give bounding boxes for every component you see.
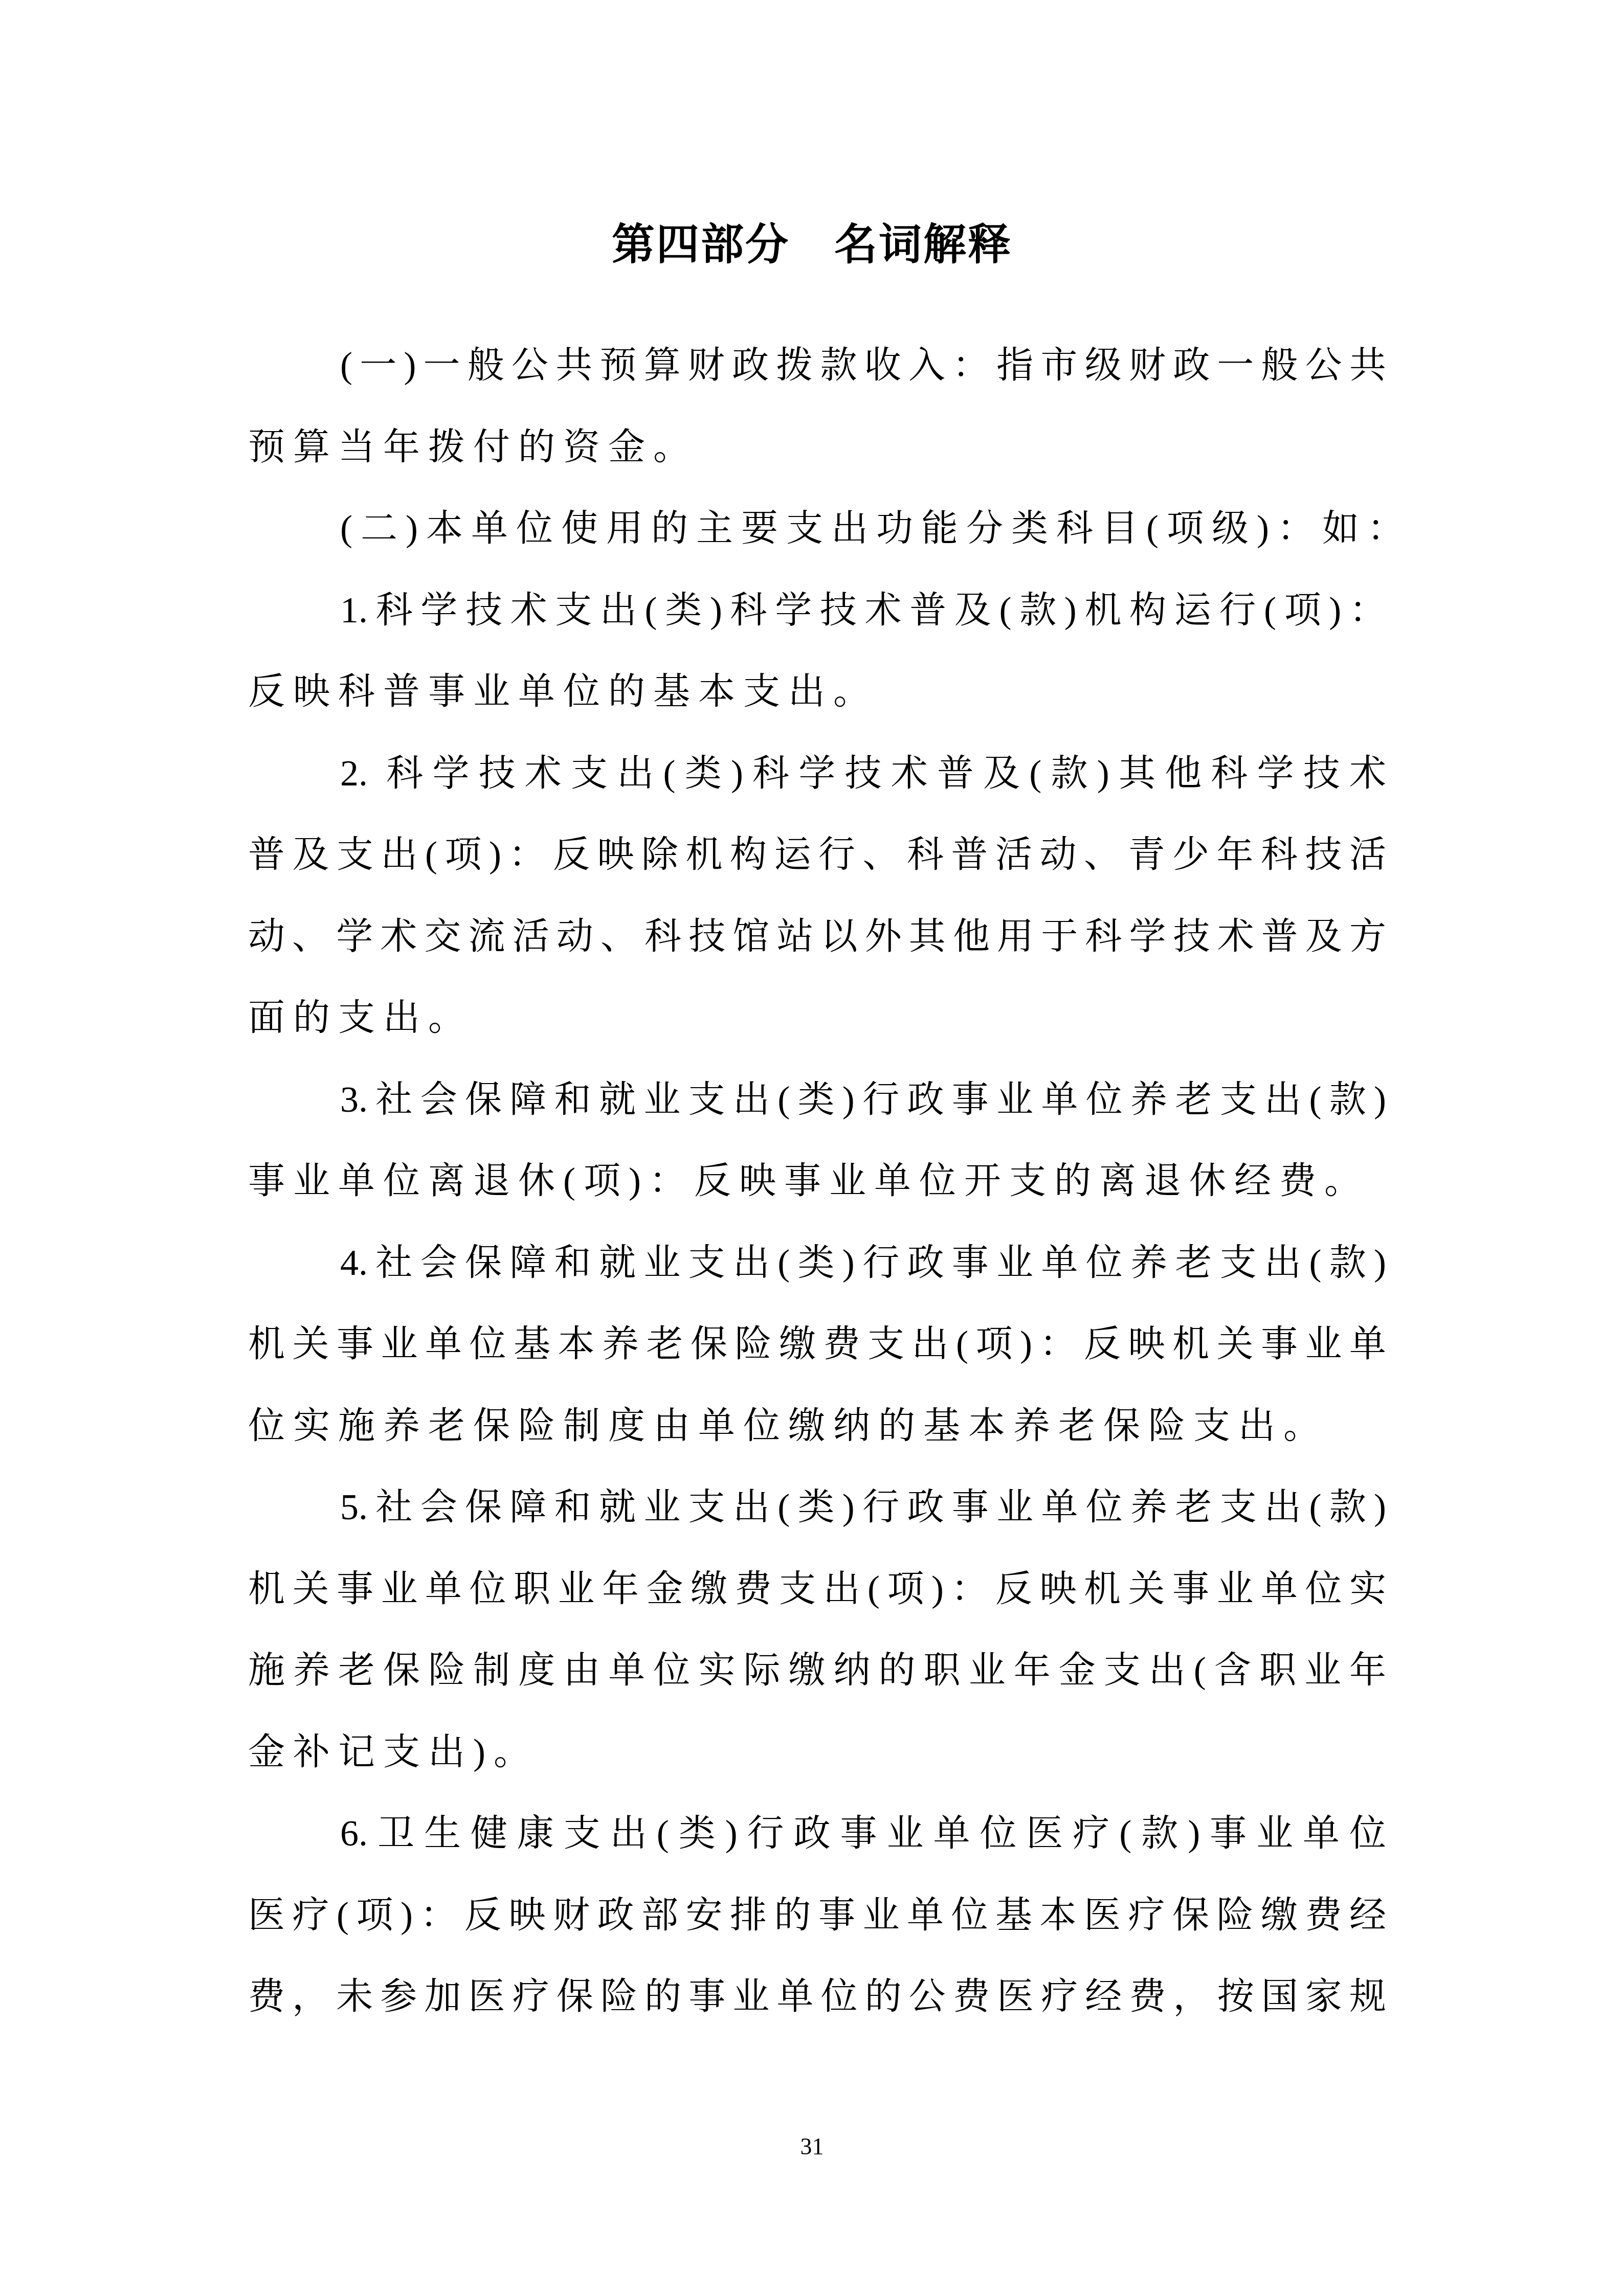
body-line: 机关事业单位职业年金缴费支出(项)：反映机关事业单位实	[248, 1548, 1386, 1630]
body-line: 金补记支出)。	[248, 1712, 1386, 1793]
body-line: 面的支出。	[248, 977, 1386, 1059]
body-line: 费，未参加医疗保险的事业单位的公费医疗经费，按国家规	[248, 1956, 1386, 2038]
body-line: 医疗(项)：反映财政部安排的事业单位基本医疗保险缴费经	[248, 1875, 1386, 1956]
section-title: 第四部分 名词解释	[0, 204, 1624, 285]
body-line: 3.社会保障和就业支出(类)行政事业单位养老支出(款)	[248, 1059, 1386, 1141]
body-line: 反映科普事业单位的基本支出。	[248, 651, 1386, 733]
body-line: 1.科学技术支出(类)科学技术普及(款)机构运行(项)：	[248, 570, 1386, 651]
body-line: 2. 科学技术支出(类)科学技术普及(款)其他科学技术	[248, 733, 1386, 815]
body-line: (二)本单位使用的主要支出功能分类科目(项级)：如：	[248, 488, 1386, 570]
body-line: (一)一般公共预算财政拨款收入：指市级财政一般公共	[248, 325, 1386, 407]
body-line: 事业单位离退休(项)：反映事业单位开支的离退休经费。	[248, 1140, 1386, 1222]
body-line: 6.卫生健康支出(类)行政事业单位医疗(款)事业单位	[248, 1793, 1386, 1875]
body-line: 动、学术交流活动、科技馆站以外其他用于科学技术普及方	[248, 896, 1386, 978]
body-text: (一)一般公共预算财政拨款收入：指市级财政一般公共 预算当年拨付的资金。 (二)…	[248, 325, 1386, 2038]
page-number: 31	[0, 2131, 1624, 2162]
body-line: 预算当年拨付的资金。	[248, 407, 1386, 488]
document-page: 第四部分 名词解释 (一)一般公共预算财政拨款收入：指市级财政一般公共 预算当年…	[0, 0, 1624, 2296]
body-line: 机关事业单位基本养老保险缴费支出(项)：反映机关事业单	[248, 1303, 1386, 1385]
body-line: 4.社会保障和就业支出(类)行政事业单位养老支出(款)	[248, 1222, 1386, 1304]
body-line: 5.社会保障和就业支出(类)行政事业单位养老支出(款)	[248, 1467, 1386, 1548]
body-line: 位实施养老保险制度由单位缴纳的基本养老保险支出。	[248, 1385, 1386, 1467]
body-line: 普及支出(项)：反映除机构运行、科普活动、青少年科技活	[248, 814, 1386, 896]
body-line: 施养老保险制度由单位实际缴纳的职业年金支出(含职业年	[248, 1630, 1386, 1712]
